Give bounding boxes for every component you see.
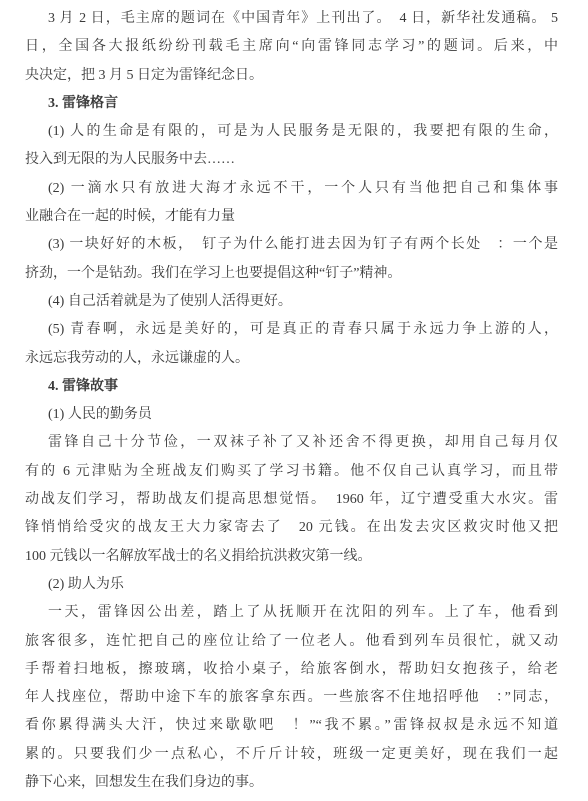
doc-line: 央决定，把 3 月 5 日定为雷锋纪念日。	[25, 62, 558, 90]
doc-line: 看你累得满头大汗，快过来歇歇吧 ！”“我不累。”雷锋叔叔是永远不知道	[25, 712, 558, 740]
doc-line: 静下心来，回想发生在我们身边的事。	[25, 769, 558, 797]
doc-line: 一天，雷锋因公出差，踏上了从抚顺开在沈阳的列车。上了车，他看到	[25, 599, 558, 627]
doc-line: (1) 人的生命是有限的，可是为人民服务是无限的，我要把有限的生命，	[25, 118, 558, 146]
doc-line: 有的 6 元津贴为全班战友们购买了学习书籍。他不仅自己认真学习，而且带	[25, 458, 558, 486]
doc-line: 年人找座位，帮助中途下车的旅客拿东西。一些旅客不住地招呼他 ：”同志，	[25, 684, 558, 712]
doc-line: (5) 青春啊，永远是美好的，可是真正的青春只属于永远力争上游的人，	[25, 316, 558, 344]
doc-line: 永远忘我劳动的人，永远谦虚的人。	[25, 345, 558, 373]
doc-line: 动战友们学习，帮助战友们提高思想觉悟。 1960 年，辽宁遭受重大水灾。雷	[25, 486, 558, 514]
document-page: 3 月 2 日，毛主席的题词在《中国青年》上刊出了。 4 日，新华社发通稿。 5…	[0, 0, 588, 801]
doc-line: 3 月 2 日，毛主席的题词在《中国青年》上刊出了。 4 日，新华社发通稿。 5	[25, 5, 558, 33]
doc-line: 投入到无限的为人民服务中去……	[25, 146, 558, 174]
doc-line: 旅客很多，连忙把自己的座位让给了一位老人。他看到列车员很忙，就又动	[25, 628, 558, 656]
doc-line: 100 元钱以一名解放军战士的名义捐给抗洪救灾第一线。	[25, 543, 558, 571]
doc-line: 业融合在一起的时候，才能有力量	[25, 203, 558, 231]
doc-line: 日，全国各大报纸纷纷刊载毛主席向“向雷锋同志学习”的题词。后来，中	[25, 33, 558, 61]
subsection-heading-servant-of-people: (1) 人民的勤务员	[25, 401, 558, 429]
doc-line: 手帮着扫地板，擦玻璃，收拾小桌子，给旅客倒水，帮助妇女抱孩子，给老	[25, 656, 558, 684]
doc-line: (3) 一块好好的木板， 钉子为什么能打进去因为钉子有两个长处 ：一个是	[25, 231, 558, 259]
section-heading-leifeng-stories: 4. 雷锋故事	[25, 373, 558, 401]
doc-line: 累的。只要我们少一点私心，不斤斤计较，班级一定更美好，现在我们一起	[25, 741, 558, 769]
doc-line: 锋悄悄给受灾的战友王大力家寄去了 20 元钱。在出发去灾区救灾时他又把	[25, 514, 558, 542]
doc-line: 雷锋自己十分节俭，一双袜子补了又补还舍不得更换，却用自己每月仅	[25, 429, 558, 457]
doc-line: (2) 一滴水只有放进大海才永远不干，一个人只有当他把自己和集体事	[25, 175, 558, 203]
section-heading-leifeng-mottos: 3. 雷锋格言	[25, 90, 558, 118]
doc-line: 挤劲，一个是钻劲。我们在学习上也要提倡这种“钉子”精神。	[25, 260, 558, 288]
subsection-heading-helping-others: (2) 助人为乐	[25, 571, 558, 599]
doc-line: (4) 自己活着就是为了使别人活得更好。	[25, 288, 558, 316]
